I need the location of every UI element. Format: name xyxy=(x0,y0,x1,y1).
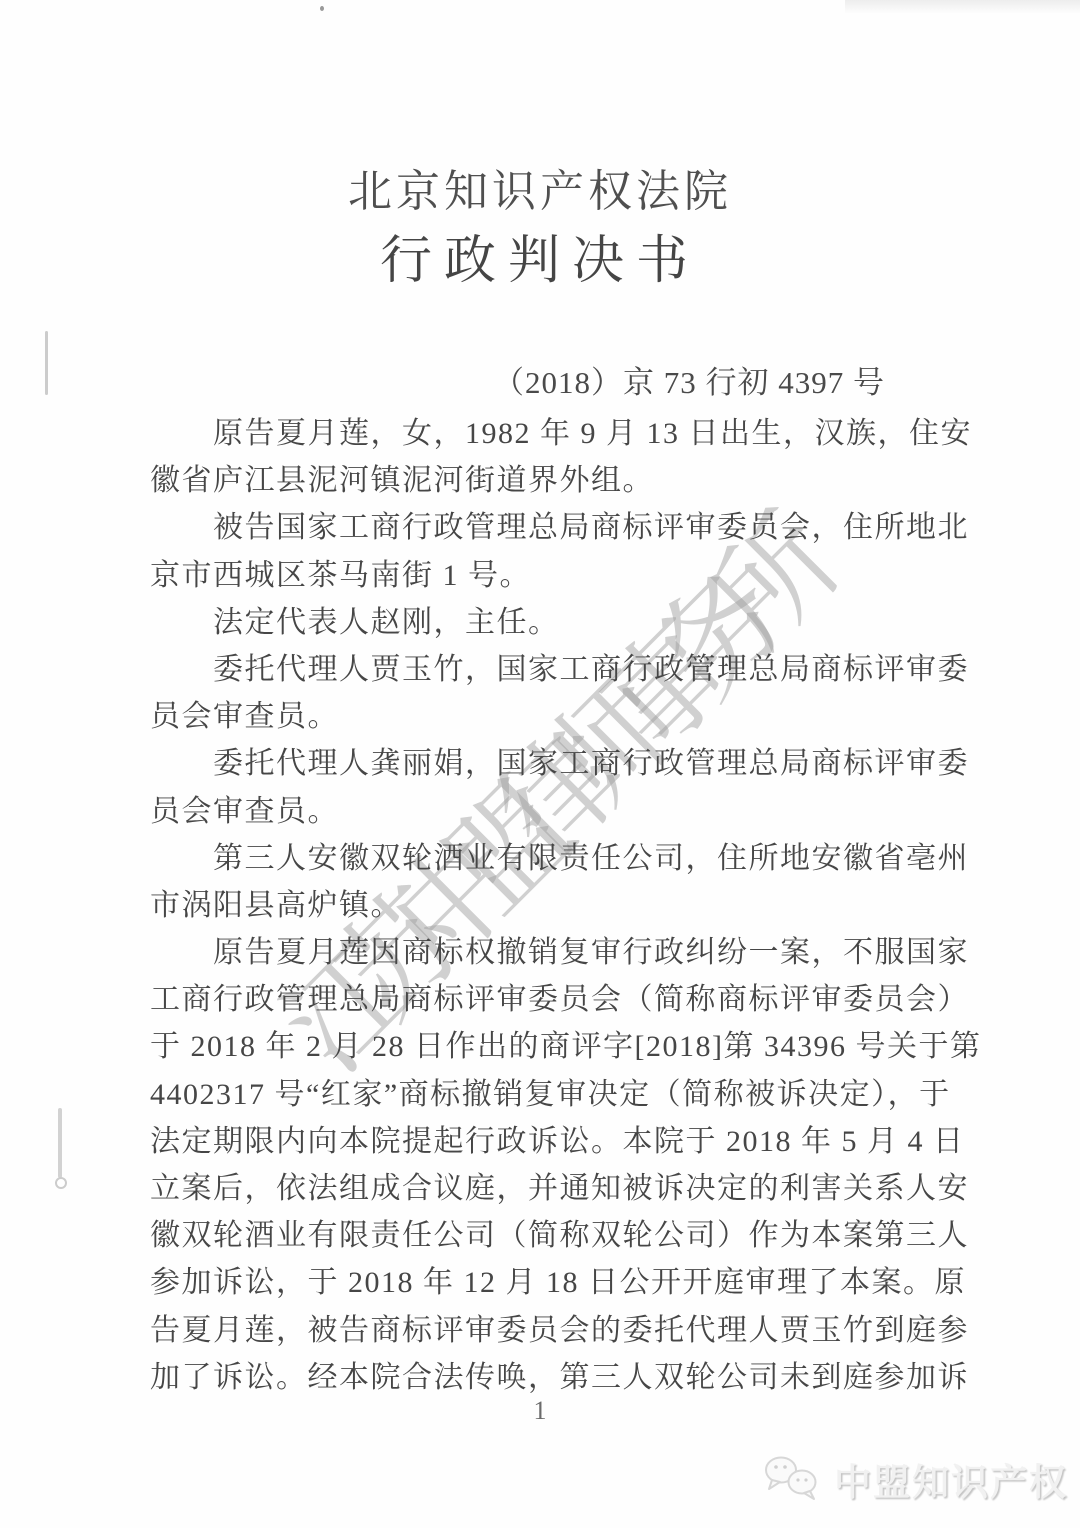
body-line: 徽双轮酒业有限责任公司（简称双轮公司）作为本案第三人 xyxy=(150,1212,932,1259)
footer-brand-label: 中盟知识产权 xyxy=(834,1452,1068,1506)
body-line: 参加诉讼，于 2018 年 12 月 18 日公开开庭审理了本案。原 xyxy=(150,1259,932,1306)
judgment-body: 原告夏月莲，女，1982 年 9 月 13 日出生，汉族，住安徽省庐江县泥河镇泥… xyxy=(150,410,932,1401)
body-line: 法定期限内向本院提起行政诉讼。本院于 2018 年 5 月 4 日 xyxy=(150,1118,932,1165)
body-line: 委托代理人龚丽娟，国家工商行政管理总局商标评审委 xyxy=(150,740,932,787)
scan-edge-shadow xyxy=(845,0,1080,14)
body-line: 立案后，依法组成合议庭，并通知被诉决定的利害关系人安 xyxy=(150,1165,932,1212)
scan-binding-mark-bottom xyxy=(58,1108,62,1178)
body-line: 原告夏月莲，女，1982 年 9 月 13 日出生，汉族，住安 xyxy=(150,410,932,457)
judgment-document-page: 江苏中盟律师事务所 北京知识产权法院 行政判决书 （2018）京 73 行初 4… xyxy=(0,0,1080,1528)
body-line: 法定代表人赵刚，主任。 xyxy=(150,599,932,646)
body-line: 4402317 号“红家”商标撤销复审决定（简称被诉决定），于 xyxy=(150,1071,932,1118)
page-number: 1 xyxy=(0,1396,1080,1426)
case-number: （2018）京 73 行初 4397 号 xyxy=(150,357,885,402)
wechat-icon xyxy=(760,1452,828,1506)
scan-binding-mark-top xyxy=(45,331,48,395)
body-line: 工商行政管理总局商标评审委员会（简称商标评审委员会） xyxy=(150,976,932,1023)
body-line: 徽省庐江县泥河镇泥河街道界外组。 xyxy=(150,457,932,504)
body-line: 于 2018 年 2 月 28 日作出的商评字[2018]第 34396 号关于… xyxy=(150,1023,932,1070)
body-line: 告夏月莲，被告商标评审委员会的委托代理人贾玉竹到庭参 xyxy=(150,1307,932,1354)
body-line: 员会审查员。 xyxy=(150,693,932,740)
body-line: 加了诉讼。经本院合法传唤，第三人双轮公司未到庭参加诉 xyxy=(150,1354,932,1401)
document-type-title: 行政判决书 xyxy=(0,218,1080,293)
body-line: 京市西城区茶马南街 1 号。 xyxy=(150,552,932,599)
body-line: 第三人安徽双轮酒业有限责任公司，住所地安徽省亳州 xyxy=(150,835,932,882)
footer-brand: 中盟知识产权 xyxy=(760,1452,1068,1506)
body-line: 市涡阳县高炉镇。 xyxy=(150,882,932,929)
court-name: 北京知识产权法院 xyxy=(0,155,1080,219)
scan-speck xyxy=(320,6,324,11)
body-line: 委托代理人贾玉竹，国家工商行政管理总局商标评审委 xyxy=(150,646,932,693)
body-line: 员会审查员。 xyxy=(150,788,932,835)
body-line: 原告夏月莲因商标权撤销复审行政纠纷一案，不服国家 xyxy=(150,929,932,976)
body-line: 被告国家工商行政管理总局商标评审委员会，住所地北 xyxy=(150,504,932,551)
